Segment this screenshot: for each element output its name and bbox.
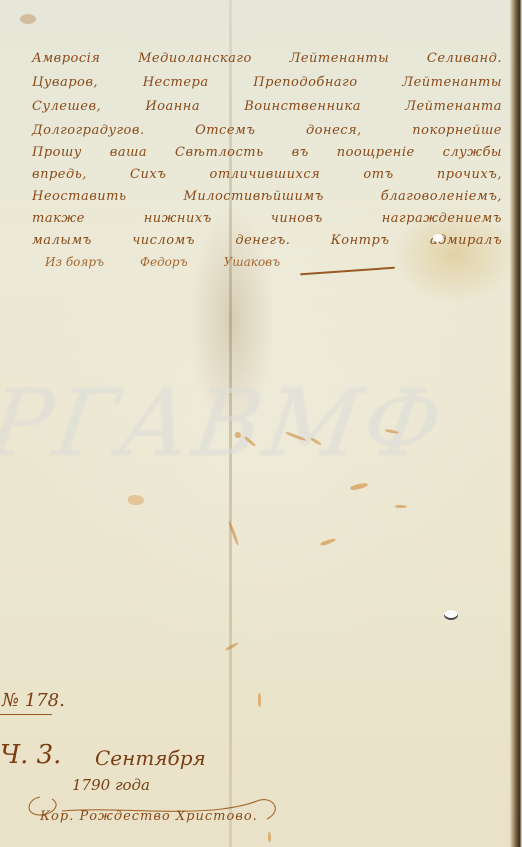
word: Иоанна <box>145 99 200 114</box>
word: Медиоланскаго <box>138 51 252 66</box>
ink-stain <box>350 482 369 491</box>
word: прочихъ, <box>437 167 502 182</box>
body-line-2: Цуваров, Нестера Преподобнаго Лейтенанты <box>32 75 502 90</box>
body-line-3: Сулешев, Иоанна Воинственника Лейтенанта <box>32 99 502 114</box>
document-page: РГАВМФ Амвросія Медиоланскаго Лейтенанты… <box>0 0 522 847</box>
word: Отсемъ <box>195 123 255 138</box>
word: Преподобнаго <box>253 75 357 90</box>
word: чиновъ <box>271 211 323 226</box>
word: Амвросія <box>32 51 100 66</box>
corner-stain <box>20 14 36 24</box>
body-line-4: Долгоградугов. Отсемъ донеся, покорнейше <box>32 123 502 138</box>
word: службы <box>443 145 502 160</box>
word: впредь, <box>32 167 87 182</box>
ink-stain <box>235 432 241 438</box>
word: награждениемъ <box>382 211 502 226</box>
word: Цуваров, <box>32 75 98 90</box>
word: Лейтенанты <box>290 51 390 66</box>
body-line-8: также нижнихъ чиновъ награждениемъ <box>32 211 502 226</box>
word: Сулешев, <box>32 99 101 114</box>
word: донеся, <box>306 123 362 138</box>
body-line-7: Неоставить Милостивѣйшимъ благоволеніемъ… <box>32 189 502 204</box>
signature-word: Федоръ <box>140 255 188 269</box>
word: благоволеніемъ, <box>381 189 502 204</box>
signature-word: Из бояръ <box>45 255 104 269</box>
word: числомъ <box>132 233 195 248</box>
word: Воинственника <box>244 99 361 114</box>
paper-hole <box>444 610 458 620</box>
date-day: Ч. 3. <box>0 740 61 770</box>
ink-stain <box>320 537 336 546</box>
word: покорнейше <box>412 123 502 138</box>
reference-number: № 178. <box>2 690 65 715</box>
word: отъ <box>363 167 393 182</box>
word: поощреніе <box>337 145 415 160</box>
word: отличившихся <box>210 167 321 182</box>
word: ваша <box>110 145 147 160</box>
word: Контръ <box>331 233 390 248</box>
word: Лейтенанты <box>402 75 502 90</box>
ink-stain <box>268 832 271 842</box>
word: Прошу <box>32 145 82 160</box>
date-month: Сентября <box>95 746 206 770</box>
word: Милостивѣйшимъ <box>184 189 324 204</box>
ink-stain <box>225 642 239 652</box>
signature-word: Ушаковъ <box>224 255 281 269</box>
word: Сихъ <box>130 167 166 182</box>
body-line-9: малымъ числомъ денегъ. Контръ адмиралъ <box>32 233 502 248</box>
reference-underline <box>0 714 52 715</box>
archive-watermark: РГАВМФ <box>0 370 522 477</box>
ink-stain <box>128 495 144 505</box>
signature: Из бояръ Федоръ Ушаковъ <box>45 255 385 269</box>
word: малымъ <box>32 233 92 248</box>
paper-hole <box>433 234 443 242</box>
word: денегъ. <box>235 233 290 248</box>
word: нижнихъ <box>144 211 212 226</box>
ink-stain <box>258 693 261 707</box>
word: въ <box>292 145 309 160</box>
body-line-5: Прошу ваша Свѣтлость въ поощреніе службы <box>32 145 502 160</box>
place-line: Кор. Рождество Христово. <box>40 809 258 824</box>
word: Лейтенанта <box>405 99 502 114</box>
word: также <box>32 211 85 226</box>
word: Неоставить <box>32 189 127 204</box>
body-line-1: Амвросія Медиоланскаго Лейтенанты Селива… <box>32 51 502 66</box>
word: Нестера <box>143 75 209 90</box>
word: Селиванд. <box>427 51 502 66</box>
body-line-6: впредь, Сихъ отличившихся отъ прочихъ, <box>32 167 502 182</box>
word: Долгоградугов. <box>32 123 145 138</box>
word: Свѣтлость <box>175 145 264 160</box>
ink-stain <box>395 505 407 508</box>
